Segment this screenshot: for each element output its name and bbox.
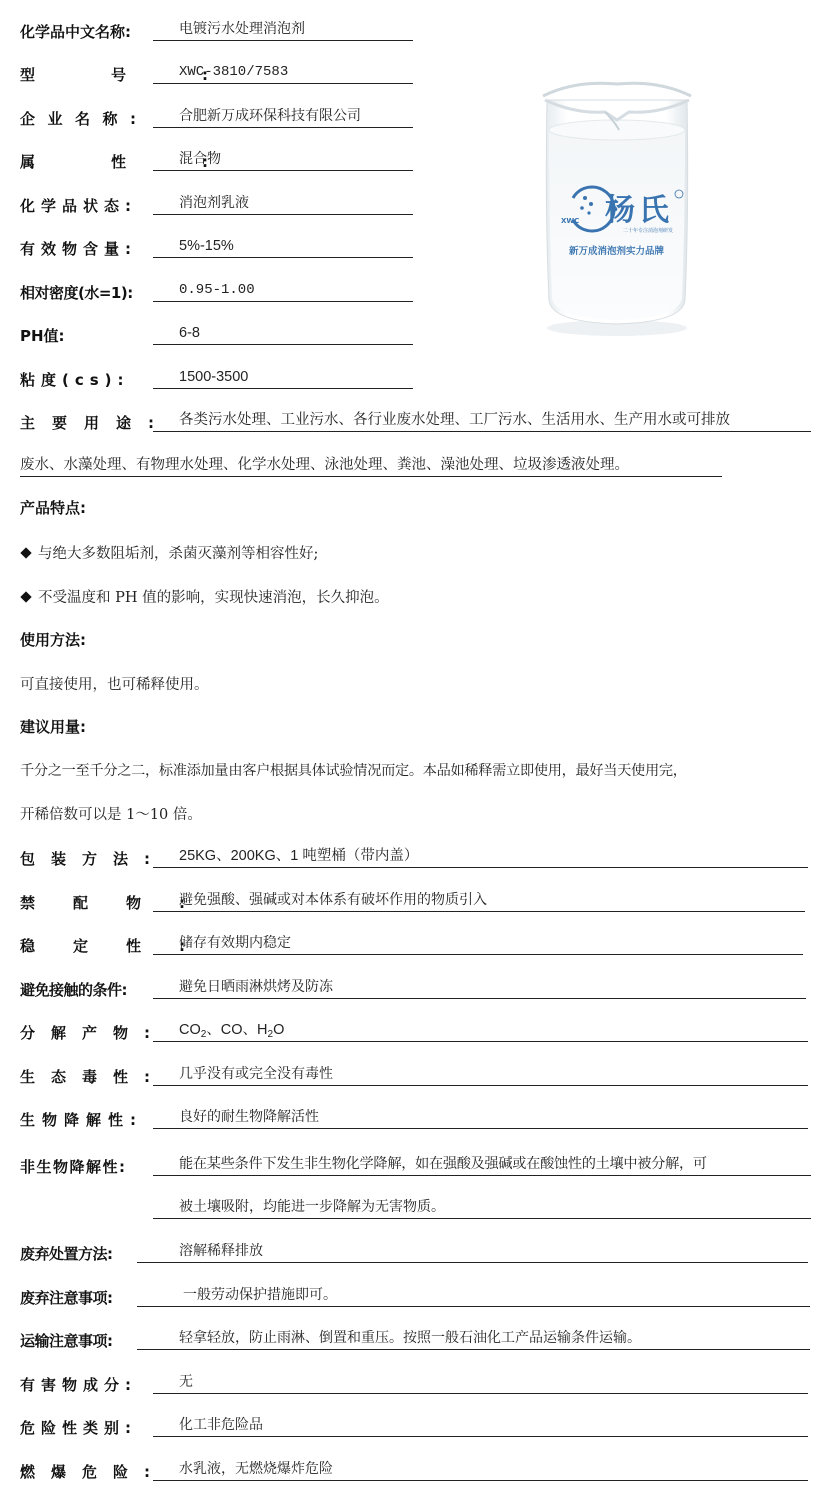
dosage-text-line-2: 开稀倍数可以是 1～10 倍。 (20, 803, 202, 824)
field-value: 电镀污水处理消泡剂 (153, 19, 413, 41)
diamond-bullet-icon (20, 547, 31, 558)
field-value: 混合物 (153, 149, 413, 171)
field-label: 运输注意事项: (20, 1331, 113, 1351)
field-label: 分解产物: (20, 1023, 166, 1043)
field-label: 粘度(cs): (20, 370, 130, 390)
field-label: PH值: (20, 326, 152, 346)
method-heading: 使用方法: (20, 629, 86, 650)
field-value: 1500-3500 (153, 367, 413, 389)
brand-tagline-small: 二十年专注消泡剂研发 (623, 227, 673, 234)
beaker-illustration: XWC 杨氏 二十年专注消泡剂研发 新万成消泡剂实力品牌 (535, 70, 700, 340)
dosage-heading: 建议用量: (20, 716, 86, 737)
feature-item: 与绝大多数阻垢剂，杀菌灭藻剂等相容性好; (20, 542, 318, 563)
field-label: 相对密度(水=1): (20, 283, 133, 303)
field-value: 化工非危险品 (153, 1415, 808, 1437)
field-value: 轻拿轻放，防止雨淋、倒置和重压。按照一般石油化工产品运输条件运输。 (137, 1328, 810, 1350)
field-label: 包装方法: (20, 849, 166, 869)
field-value: XWC-3810/7583 (153, 62, 413, 84)
field-label: 化学品状态: (20, 196, 137, 216)
field-label: 有效物含量: (20, 239, 137, 259)
feature-item: 不受温度和 PH 值的影响，实现快速消泡，长久抑泡。 (20, 586, 389, 607)
field-value: 一般劳动保护措施即可。 (137, 1285, 810, 1307)
field-value: 避免强酸、强碱或对本体系有破坏作用的物质引入 (153, 890, 805, 912)
field-value-line-2: 被土壤吸附，均能进一步降解为无害物质。 (153, 1197, 811, 1219)
field-label: 生态毒性: (20, 1067, 166, 1087)
usage-line-2: 废水、水藻处理、有物理水处理、化学水处理、泳池处理、粪池、澡池处理、垃圾渗透液处… (20, 455, 722, 477)
logo-text: XWC (561, 217, 579, 225)
field-label: 型号: (20, 65, 152, 85)
field-value: 储存有效期内稳定 (153, 933, 803, 955)
field-value: 6-8 (153, 323, 413, 345)
field-value: 无 (153, 1372, 808, 1394)
field-label: 有害物成分: (20, 1375, 137, 1395)
method-text: 可直接使用，也可稀释使用。 (20, 673, 209, 694)
field-label: 主要用途: (20, 413, 171, 433)
field-label: 废弃处置方法: (20, 1244, 113, 1264)
diamond-bullet-icon (20, 591, 31, 602)
field-label: 废弃注意事项: (20, 1288, 113, 1308)
field-value: 良好的耐生物降解活性 (153, 1107, 808, 1129)
field-label: 企业名称: (20, 109, 149, 129)
field-value: CO2、CO、H2O (153, 1020, 808, 1042)
field-label: 燃爆危险: (20, 1462, 166, 1482)
field-value: 能在某些条件下发生非生物化学降解，如在强酸及强碱或在酸蚀性的土壤中被分解，可 (153, 1154, 811, 1176)
field-value: 合肥新万成环保科技有限公司 (153, 106, 413, 128)
field-value: 水乳液，无燃烧爆炸危险 (153, 1459, 808, 1481)
product-image: XWC 杨氏 二十年专注消泡剂研发 新万成消泡剂实力品牌 (535, 70, 700, 340)
features-heading: 产品特点: (20, 497, 86, 518)
brand-tagline: 新万成消泡剂实力品牌 (569, 245, 665, 257)
field-label: 避免接触的条件: (20, 980, 127, 1000)
field-value: 5%-15% (153, 236, 413, 258)
field-label: 生物降解性: (20, 1110, 143, 1130)
field-value: 消泡剂乳液 (153, 193, 413, 215)
field-label: 危险性类别: (20, 1418, 137, 1438)
field-label: 化学品中文名称: (20, 22, 150, 42)
brand-name: 杨氏 (605, 193, 673, 228)
field-value: 几乎没有或完全没有毒性 (153, 1064, 808, 1086)
field-value: 避免日晒雨淋烘烤及防冻 (153, 977, 806, 999)
dosage-text-line-1: 千分之一至千分之二，标准添加量由客户根据具体试验情况而定。本品如稀释需立即使用，… (20, 760, 687, 780)
usage-line-1: 各类污水处理、工业污水、各行业废水处理、工厂污水、生活用水、生产用水或可排放 (153, 410, 811, 432)
field-value: 溶解稀释排放 (137, 1241, 808, 1263)
field-label: 非生物降解性: (20, 1157, 127, 1177)
field-value: 25KG、200KG、1 吨塑桶（带内盖） (153, 846, 808, 868)
field-value: 0.95-1.00 (153, 280, 413, 302)
